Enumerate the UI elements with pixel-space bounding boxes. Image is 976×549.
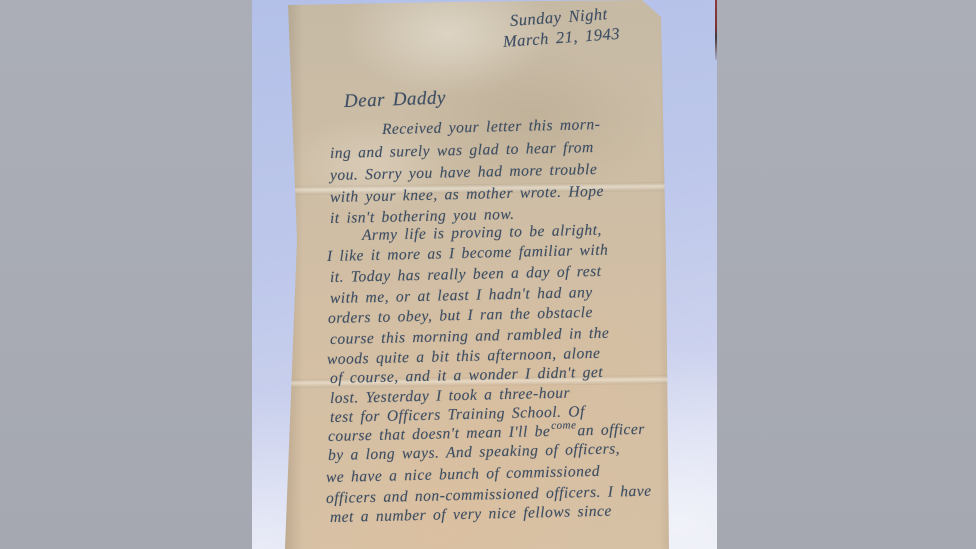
fold-crease-bottom (252, 375, 717, 389)
letter-photo (252, 0, 717, 549)
photo-edge-artifact (715, 0, 717, 60)
paper-right-shadow (659, 0, 673, 549)
screenshot: Sunday Night March 21, 1943 Dear Daddy R… (0, 0, 976, 549)
letter-paper (252, 0, 717, 549)
fold-crease-top (252, 182, 717, 196)
paper-left-shadow (285, 0, 303, 549)
